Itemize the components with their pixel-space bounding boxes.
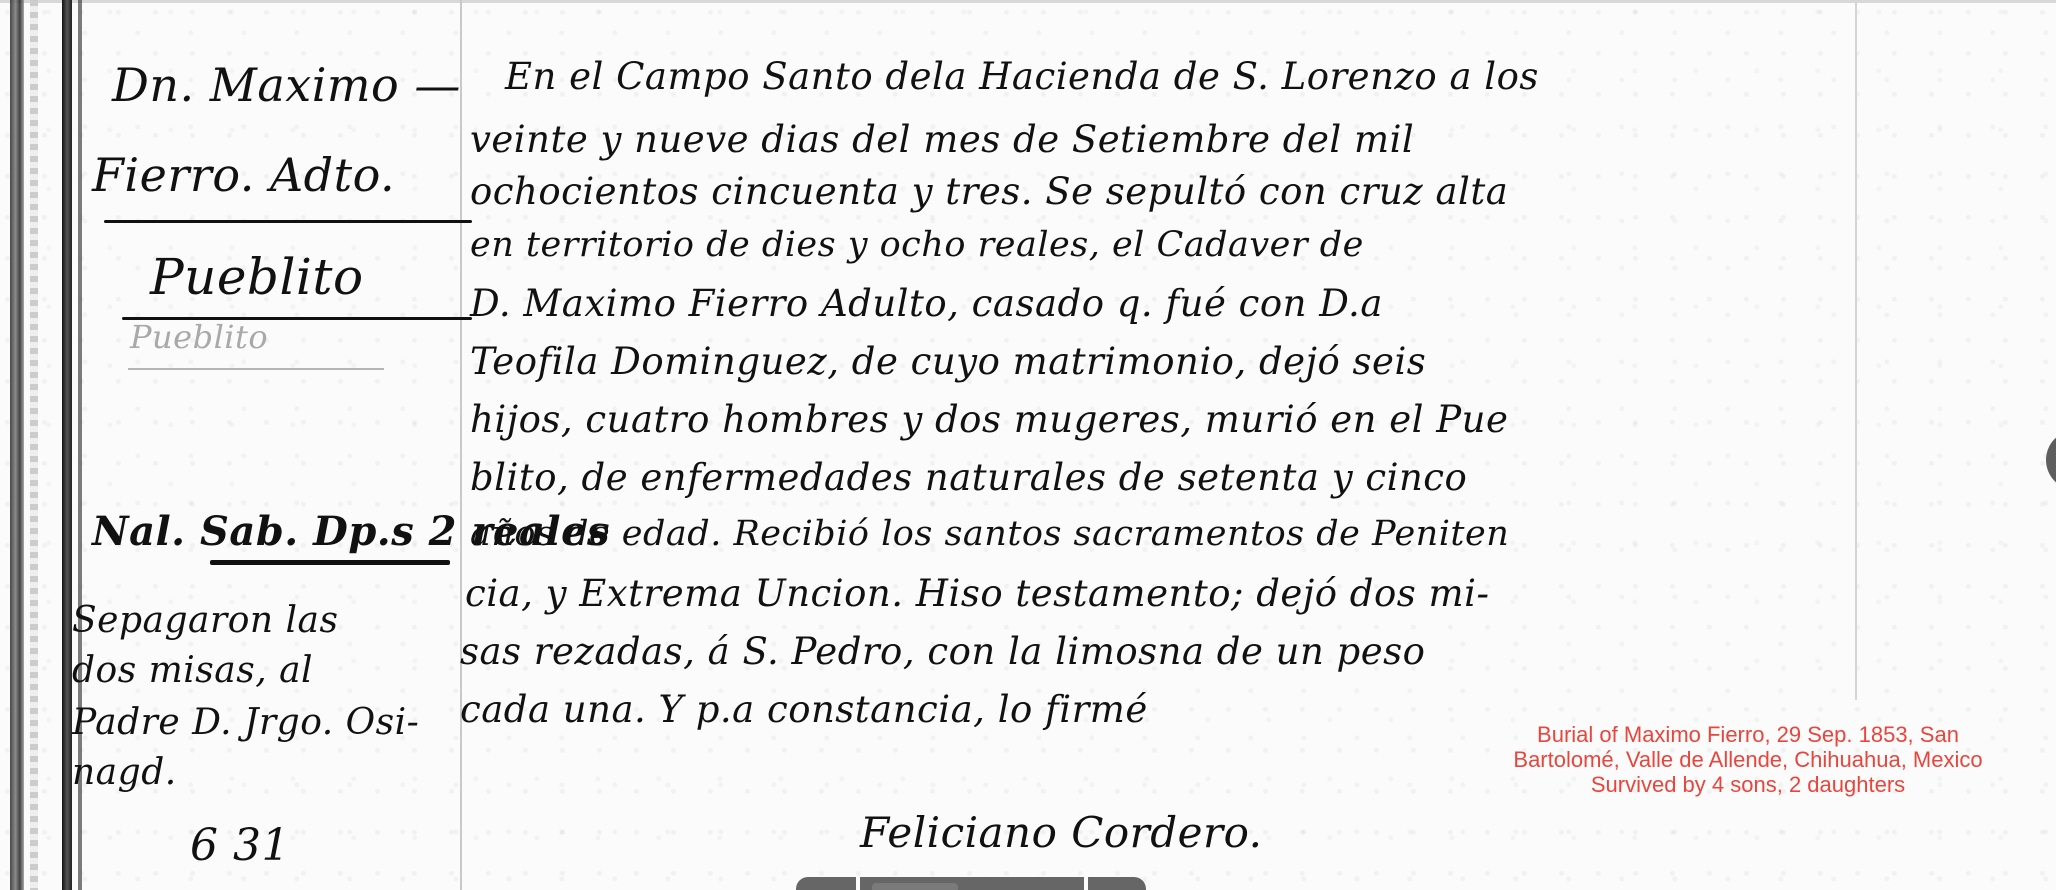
previous-button[interactable]: [796, 877, 856, 890]
margin-underline: [104, 220, 472, 223]
entry-line-6: Teofila Dominguez, de cuyo matrimonio, d…: [470, 340, 1426, 383]
document-scan: Dn. Maximo — Fierro. Adto. Pueblito Pueb…: [0, 0, 2056, 890]
entry-line-12: cada una. Y p.a constancia, lo firmé: [460, 688, 1148, 731]
signature: Feliciano Cordero.: [860, 808, 1262, 857]
margin-note-line-4: nagd.: [72, 752, 177, 793]
viewer-toolbar: [796, 877, 1146, 890]
folio-number: 6 31: [190, 820, 290, 871]
next-button[interactable]: [1088, 877, 1146, 890]
margin-note-line-3: Padre D. Jrgo. Osi-: [72, 702, 419, 743]
entry-line-10: cia, y Extrema Uncion. Hiso testamento; …: [465, 572, 1489, 615]
margin-note-line-1: Sepagaron las: [72, 600, 338, 641]
bleed-through-rule: [128, 368, 384, 370]
page-top-edge: [0, 0, 2056, 3]
margin-note-line-2: dos misas, al: [72, 650, 313, 691]
zoom-slider-thumb[interactable]: [872, 883, 958, 890]
entry-line-7: hijos, cuatro hombres y dos mugeres, mur…: [470, 398, 1508, 441]
margin-place: Pueblito: [150, 248, 364, 306]
margin-rule-dark: [62, 0, 72, 890]
entry-line-8: blito, de enfermedades naturales de sete…: [470, 456, 1467, 499]
image-caption: Burial of Maximo Fierro, 29 Sep. 1853, S…: [1440, 722, 2056, 797]
fee-underline: [210, 560, 450, 565]
entry-line-4: en territorio de dies y ocho reales, el …: [470, 225, 1364, 265]
entry-line-1: En el Campo Santo dela Hacienda de S. Lo…: [505, 55, 1539, 98]
margin-name-line-2: Fierro. Adto.: [92, 148, 395, 202]
right-margin-rule: [1855, 0, 1857, 700]
entry-line-9: años de edad. Recibió los santos sacrame…: [470, 514, 1509, 554]
entry-line-11: sas rezadas, á S. Pedro, con la limosna …: [460, 630, 1425, 673]
column-divider: [460, 0, 462, 890]
zoom-slider[interactable]: [860, 877, 1084, 890]
caption-line-3: Survived by 4 sons, 2 daughters: [1440, 772, 2056, 797]
caption-line-2: Bartolomé, Valle de Allende, Chihuahua, …: [1440, 747, 2056, 772]
bleed-through-text: Pueblito: [130, 318, 268, 356]
entry-line-2: veinte y nueve dias del mes de Setiembre…: [470, 118, 1414, 161]
entry-line-3: ochocientos cincuenta y tres. Se sepultó…: [470, 170, 1508, 213]
caption-line-1: Burial of Maximo Fierro, 29 Sep. 1853, S…: [1440, 722, 2056, 747]
binding-edge-texture: [30, 0, 38, 890]
binding-edge: [10, 0, 24, 890]
entry-line-5: D. Maximo Fierro Adulto, casado q. fué c…: [470, 282, 1383, 325]
margin-name-line-1: Dn. Maximo —: [112, 58, 461, 112]
